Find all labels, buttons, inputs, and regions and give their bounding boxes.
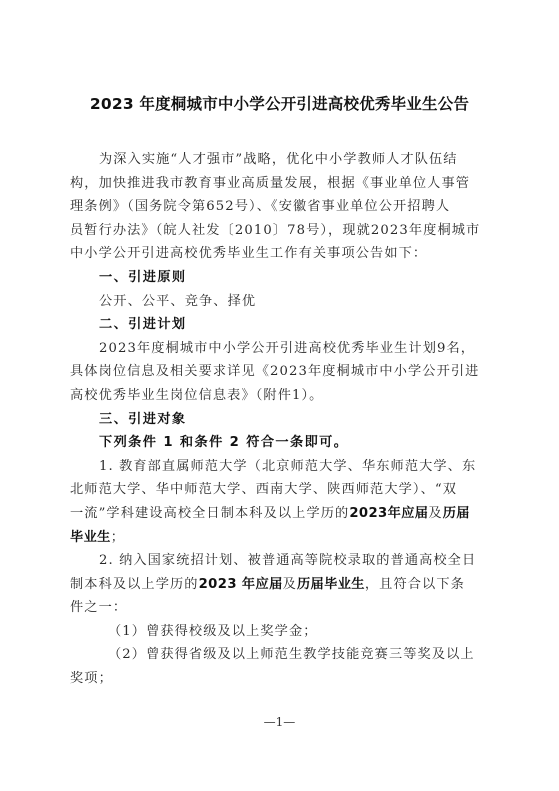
condition-1-emphasis: 毕业生 xyxy=(70,530,111,545)
intro-line: 员暂行办法》（皖人社发〔2010〕78号），现就2023年度桐城市 xyxy=(70,219,488,243)
condition-1-emphasis: 2023年应届 xyxy=(349,506,428,521)
document-body: 为深入实施“人才强市”战略，优化中小学教师人才队伍结 构，加快推进我市教育事业高… xyxy=(70,148,488,691)
condition-2-text: 制本科及以上学历的 xyxy=(70,577,199,592)
section-heading-principles: 一、引进原则 xyxy=(70,266,488,290)
condition-2-item: （2）曾获得省级及以上师范生教学技能竞赛三等奖及以上 xyxy=(70,643,488,667)
plan-line: 高校优秀毕业生岗位信息表》（附件1）。 xyxy=(70,384,488,408)
condition-1-line: 北师范大学、华中师范大学、西南大学、陕西师范大学）、“双 xyxy=(70,478,488,502)
plan-line: 具体岗位信息及相关要求详见《2023年度桐城市中小学公开引进 xyxy=(70,360,488,384)
condition-1-text: 一流”学科建设高校全日制本科及以上学历的 xyxy=(70,506,349,521)
section-heading-plan: 二、引进计划 xyxy=(70,313,488,337)
condition-1-emphasis: 历届 xyxy=(443,506,470,521)
condition-1-line: 1. 教育部直属师范大学（北京师范大学、华东师范大学、东 xyxy=(70,455,488,479)
condition-2-item-continued: 奖项； xyxy=(70,667,488,691)
document-title: 2023 年度桐城市中小学公开引进高校优秀毕业生公告 xyxy=(0,92,559,114)
condition-1-line: 毕业生； xyxy=(70,526,488,550)
section-heading-targets: 三、引进对象 xyxy=(70,408,488,432)
intro-line: 为深入实施“人才强市”战略，优化中小学教师人才队伍结 xyxy=(70,148,488,172)
targets-subheading: 下列条件 1 和条件 2 符合一条即可。 xyxy=(70,431,488,455)
principles-text: 公开、公平、竞争、择优 xyxy=(70,290,488,314)
condition-2-line: 件之一： xyxy=(70,596,488,620)
condition-2-line: 2. 纳入国家统招计划、被普通高等院校录取的普通高校全日 xyxy=(70,549,488,573)
condition-2-emphasis: 2023 年应届 xyxy=(199,577,283,592)
condition-2-text: 及 xyxy=(283,577,297,592)
document-page: 2023 年度桐城市中小学公开引进高校优秀毕业生公告 为深入实施“人才强市”战略… xyxy=(0,0,559,791)
plan-line: 2023年度桐城市中小学公开引进高校优秀毕业生计划9名， xyxy=(70,337,488,361)
condition-2-text: ，且符合以下条 xyxy=(365,577,465,592)
condition-1-text: ； xyxy=(111,530,125,545)
condition-2-item: （1）曾获得校级及以上奖学金； xyxy=(70,620,488,644)
condition-2-emphasis: 历届毕业生 xyxy=(297,577,365,592)
condition-1-text: 及 xyxy=(428,506,442,521)
intro-line: 构，加快推进我市教育事业高质量发展，根据《事业单位人事管 xyxy=(70,172,488,196)
condition-1-line: 一流”学科建设高校全日制本科及以上学历的2023年应届及历届 xyxy=(70,502,488,526)
condition-2-line: 制本科及以上学历的2023 年应届及历届毕业生，且符合以下条 xyxy=(70,573,488,597)
page-number: —1— xyxy=(0,715,559,729)
intro-line: 中小学公开引进高校优秀毕业生工作有关事项公告如下： xyxy=(70,242,488,266)
intro-line: 理条例》（国务院令第652号）、《安徽省事业单位公开招聘人 xyxy=(70,195,488,219)
